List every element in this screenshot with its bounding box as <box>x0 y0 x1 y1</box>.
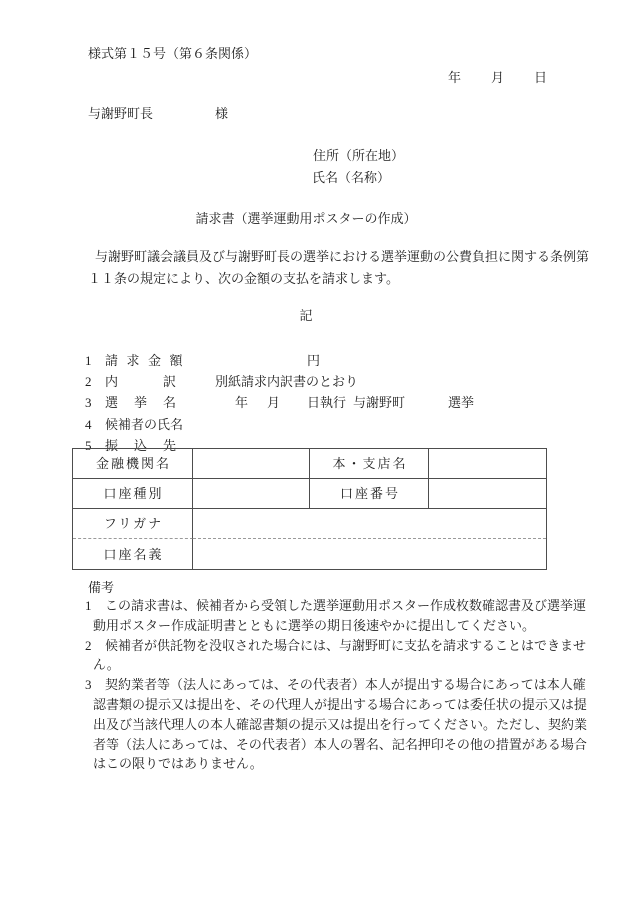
item-breakdown: 2 内訳 別紙請求内訳書のとおり <box>85 371 585 392</box>
remark-line: 認書類の提示又は提出を、その代理人が提出する場合にあっては委任状の提示又は提 <box>93 695 590 715</box>
form-number: 様式第１５号（第６条関係） <box>88 44 257 64</box>
remark-item: 1 この請求書は、候補者から受領した選挙運動用ポスター作成枚数確認書及び選挙運 … <box>85 596 590 636</box>
account-number-input[interactable] <box>429 479 546 509</box>
furigana-label: フリガナ <box>73 509 193 539</box>
financial-institution-label: 金融機関名 <box>73 449 193 479</box>
yen-unit-label: 円 <box>307 350 320 371</box>
remark-line: はこの限りではありません。 <box>93 754 590 774</box>
election-month-label: 月 <box>267 392 280 413</box>
remarks-list: 1 この請求書は、候補者から受領した選挙運動用ポスター作成枚数確認書及び選挙運 … <box>85 596 590 774</box>
election-day-exec-label: 日執行 <box>307 392 346 413</box>
remark-item: 2 候補者が供託物を没収された場合には、与謝野町に支払を請求することはできませ … <box>85 636 590 676</box>
body-paragraph-line: 与謝野町議会議員及び与謝野町長の選挙における選挙運動の公費負担に関する条例第 <box>88 246 588 268</box>
remark-line: 契約業者等（法人にあっては、その代表者）本人が提出する場合にあっては本人確 <box>93 675 590 695</box>
address-label: 住所（所在地） <box>313 146 404 166</box>
account-type-input[interactable] <box>193 479 310 509</box>
remark-line: この請求書は、候補者から受領した選挙運動用ポスター作成枚数確認書及び選挙運 <box>93 596 590 616</box>
date-line: 年 月 日 <box>448 68 548 88</box>
remark-line: ん。 <box>93 655 590 675</box>
election-suffix-label: 選挙 <box>448 392 474 413</box>
remark-number: 2 <box>85 636 92 656</box>
addressee-line: 与謝野町長 様 <box>88 104 308 124</box>
remark-item: 3 契約業者等（法人にあっては、その代表者）本人が提出する場合にあっては本人確 … <box>85 675 590 774</box>
branch-input[interactable] <box>429 449 546 479</box>
item-number: 2 <box>85 371 92 392</box>
item-election-name: 3 選挙名 年 月 日執行 与謝野町 選挙 <box>85 392 585 413</box>
document-title: 請求書（選挙運動用ポスターの作成） <box>0 209 612 229</box>
account-type-label: 口座種別 <box>73 479 193 509</box>
branch-label: 本・支店名 <box>310 449 429 479</box>
financial-institution-input[interactable] <box>193 449 310 479</box>
remark-line: 動用ポスター作成証明書とともに選挙の期日後速やかに提出してください。 <box>93 616 590 636</box>
election-year-label: 年 <box>235 392 248 413</box>
item-number: 3 <box>85 392 92 413</box>
request-form-document: 様式第１５号（第６条関係） 年 月 日 与謝野町長 様 住所（所在地） 氏名（名… <box>0 0 630 903</box>
furigana-input[interactable] <box>193 509 546 539</box>
remark-line: 候補者が供託物を没収された場合には、与謝野町に支払を請求することはできませ <box>93 636 590 656</box>
breakdown-value: 別紙請求内訳書のとおり <box>215 371 358 392</box>
bank-account-table: 金融機関名 本・支店名 口座種別 口座番号 フリガナ 口座名義 <box>72 448 547 570</box>
item-number: 1 <box>85 350 92 371</box>
ki-marker: 記 <box>0 306 612 326</box>
remark-line: 出及び当該代理人の本人確認書類の提示又は提出を行ってください。ただし、契約業 <box>93 715 590 735</box>
account-holder-label: 口座名義 <box>73 539 193 569</box>
item-list: 1 請求金額 円 2 内訳 別紙請求内訳書のとおり 3 選挙名 年 月 日執行 … <box>85 350 585 456</box>
item-claim-amount: 1 請求金額 円 <box>85 350 585 371</box>
claim-amount-label: 請求金額 <box>105 350 191 371</box>
body-paragraph-line: １１条の規定により、次の金額の支払を請求します。 <box>88 268 588 290</box>
remarks-title: 備考 <box>88 578 114 598</box>
body-paragraph: 与謝野町議会議員及び与謝野町長の選挙における選挙運動の公費負担に関する条例第 １… <box>88 246 588 290</box>
remark-number: 3 <box>85 675 92 695</box>
account-holder-input[interactable] <box>193 539 546 569</box>
item-number: 4 <box>85 414 92 435</box>
remark-number: 1 <box>85 596 92 616</box>
date-month-label: 月 <box>491 68 504 88</box>
candidate-name-label: 候補者の氏名 <box>105 414 183 435</box>
date-day-label: 日 <box>534 68 547 88</box>
election-municipality: 与謝野町 <box>353 392 405 413</box>
election-name-label: 選挙名 <box>105 392 192 413</box>
addressee-honorific: 様 <box>215 104 228 124</box>
breakdown-label: 内訳 <box>105 371 221 392</box>
addressee-name: 与謝野町長 <box>88 106 153 121</box>
remark-line: 者等（法人にあっては、その代表者）本人の署名、記名押印その他の措置がある場合 <box>93 735 590 755</box>
account-number-label: 口座番号 <box>310 479 429 509</box>
item-candidate-name: 4 候補者の氏名 <box>85 414 585 435</box>
name-label: 氏名（名称） <box>312 168 390 188</box>
date-year-label: 年 <box>448 68 461 88</box>
